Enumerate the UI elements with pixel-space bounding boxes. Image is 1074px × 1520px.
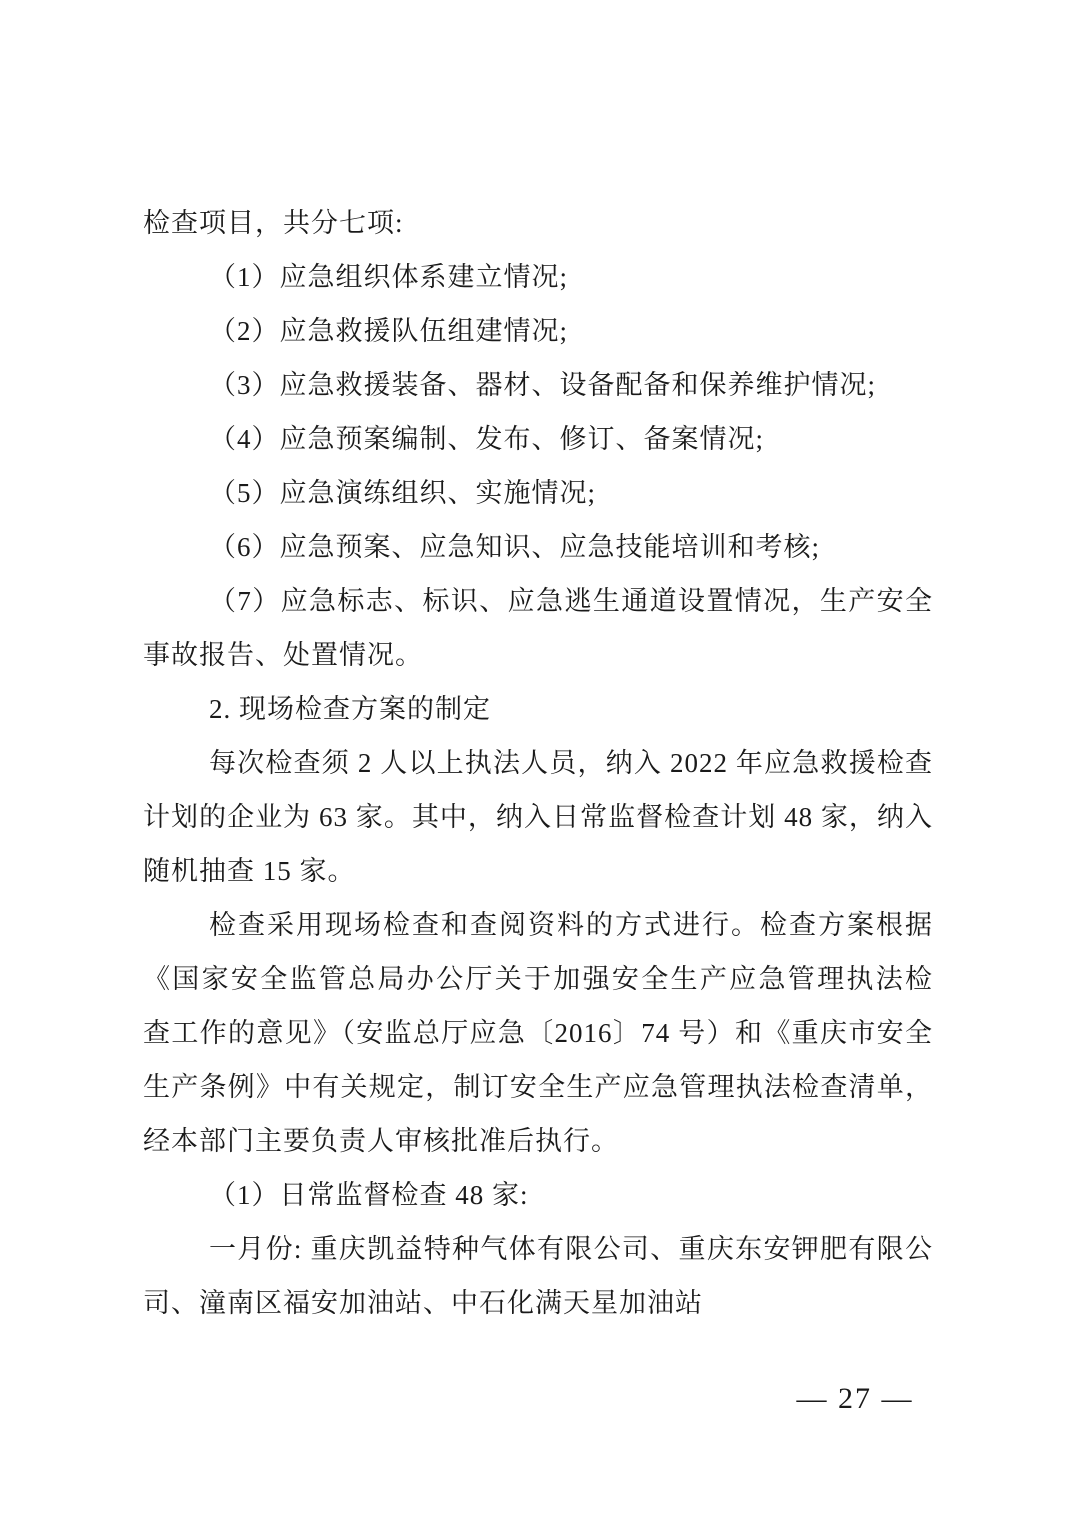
doc-line-8: 事故报告、处置情况。 — [143, 628, 933, 682]
doc-line-2: （2）应急救援队伍组建情况; — [143, 304, 933, 358]
document-page: 检查项目，共分七项: （1）应急组织体系建立情况; （2）应急救援队伍组建情况;… — [0, 0, 1074, 1520]
doc-line-18: （1）日常监督检查 48 家: — [143, 1168, 933, 1222]
doc-line-7: （7）应急标志、标识、应急逃生通道设置情况，生产安全 — [143, 574, 933, 628]
doc-line-6: （6）应急预案、应急知识、应急技能培训和考核; — [143, 520, 933, 574]
doc-line-14: 《国家安全监管总局办公厅关于加强安全生产应急管理执法检 — [143, 952, 933, 1006]
doc-line-11: 计划的企业为 63 家。其中，纳入日常监督检查计划 48 家，纳入 — [143, 790, 933, 844]
doc-line-17: 经本部门主要负责人审核批准后执行。 — [143, 1114, 933, 1168]
doc-line-12: 随机抽查 15 家。 — [143, 844, 933, 898]
page-number: — 27 — — [780, 1372, 930, 1426]
document-body: 检查项目，共分七项: （1）应急组织体系建立情况; （2）应急救援队伍组建情况;… — [143, 196, 933, 1330]
doc-line-20: 司、潼南区福安加油站、中石化满天星加油站 — [143, 1276, 933, 1330]
doc-line-9: 2. 现场检查方案的制定 — [143, 682, 933, 736]
doc-line-3: （3）应急救援装备、器材、设备配备和保养维护情况; — [143, 358, 933, 412]
doc-line-13: 检查采用现场检查和查阅资料的方式进行。检查方案根据 — [143, 898, 933, 952]
doc-line-1: （1）应急组织体系建立情况; — [143, 250, 933, 304]
doc-line-5: （5）应急演练组织、实施情况; — [143, 466, 933, 520]
doc-line-15: 查工作的意见》（安监总厅应急〔2016〕74 号）和《重庆市安全 — [143, 1006, 933, 1060]
doc-line-4: （4）应急预案编制、发布、修订、备案情况; — [143, 412, 933, 466]
doc-line-16: 生产条例》中有关规定，制订安全生产应急管理执法检查清单， — [143, 1060, 933, 1114]
doc-line-10: 每次检查须 2 人以上执法人员，纳入 2022 年应急救援检查 — [143, 736, 933, 790]
doc-line-19: 一月份: 重庆凯益特种气体有限公司、重庆东安钾肥有限公 — [143, 1222, 933, 1276]
doc-line-0: 检查项目，共分七项: — [143, 196, 933, 250]
